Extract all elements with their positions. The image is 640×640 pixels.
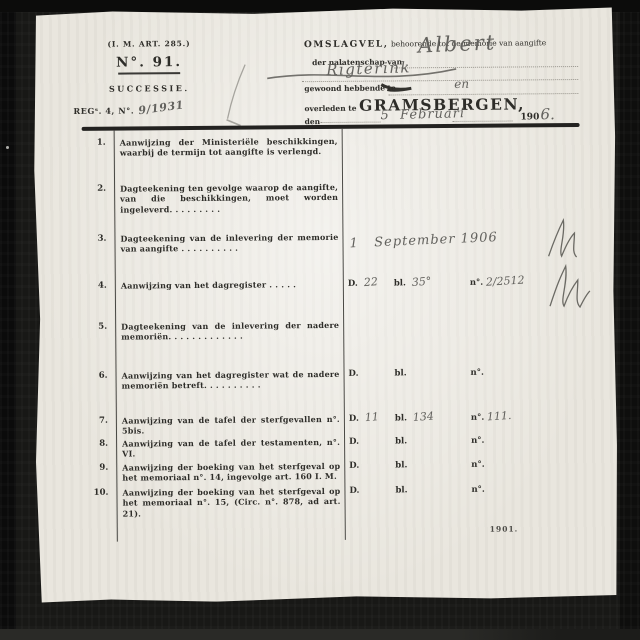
row-number: 8. (84, 439, 108, 449)
row-number: 4. (83, 281, 107, 291)
row-number: 5. (83, 322, 107, 332)
row-number: 2. (82, 184, 106, 194)
number-label: n°. (471, 485, 484, 495)
number-underline (118, 72, 180, 74)
document-paper: (I. M. ART. 285.) N°. 91. SUCCESSIE. REG… (31, 6, 620, 605)
number-label: n°. (471, 460, 484, 470)
folio-label: bl. (395, 436, 407, 446)
deceased-first-name-handwritten: Albert (417, 30, 496, 57)
paraaf-initials-row4 (550, 266, 590, 307)
row-description: Dagteekening van de inlevering der memor… (120, 232, 338, 254)
document-number: N°. 91. (71, 54, 227, 71)
row-description: Aanwijzing van de tafel der sterfgevalle… (122, 414, 340, 436)
table-row: 1. Aanwijzing der Ministeriële beschikki… (32, 134, 616, 139)
died-label: overleden te (304, 104, 359, 113)
folio-label: bl. (395, 485, 407, 495)
paraaf-initials-row3 (548, 220, 576, 257)
table-row: 6. Aanwijzing van het dagregister wat de… (34, 367, 618, 372)
row-description: Aanwijzing der Ministeriële beschikkinge… (120, 136, 338, 158)
table-row: 4. Aanwijzing van het dagregister . . . … (33, 277, 617, 282)
row-description: Aanwijzing der boeking van het sterfgeva… (122, 461, 340, 483)
table-row: 3. Dagteekening van de inlevering der me… (32, 230, 616, 235)
table-row: 7. Aanwijzing van de tafel der sterfgeva… (34, 412, 618, 417)
number-value-handwritten: 111. (487, 409, 512, 423)
date-line-right (452, 113, 512, 122)
number-label: n°. (470, 368, 483, 378)
register-d-label: D. (349, 437, 359, 447)
table-row: 5. Dagteekening van de inlevering der na… (33, 318, 617, 323)
register-number-handwritten: 9/1931 (137, 98, 184, 117)
number-label: n°. (471, 436, 484, 446)
pencil-mark (227, 65, 245, 119)
row-description: Aanwijzing van het dagregister wat de na… (122, 369, 340, 391)
residence-handwritten: en (454, 77, 469, 91)
header-right: OMSLAGVEL, behoorende tot de memorie van… (302, 38, 580, 40)
year-printed: 190 (520, 112, 539, 122)
folio-value-handwritten: 134 (412, 409, 434, 424)
row-number: 9. (84, 463, 108, 473)
scan-background: (I. M. ART. 285.) N°. 91. SUCCESSIE. REG… (0, 0, 640, 640)
category-label: SUCCESSIE. (71, 82, 227, 93)
row-number: 1. (82, 138, 106, 148)
register-label: REGˢ. 4, N°. (73, 105, 134, 115)
register-d-value-handwritten: 22 (363, 275, 378, 289)
register-d-label: D. (349, 369, 359, 379)
scanner-edge-bottom (0, 629, 640, 640)
folio-label: bl. (395, 413, 407, 423)
register-d-label: D. (348, 279, 358, 289)
folio-label: bl. (394, 278, 406, 288)
row-number: 6. (84, 371, 108, 381)
row-description: Aanwijzing der boeking van het sterfgeva… (122, 486, 340, 519)
number-label: n°. (471, 413, 484, 423)
filing-date-handwritten: 1 September 1906 (349, 230, 498, 251)
print-year: 1901. (490, 524, 519, 533)
row-number: 10. (84, 488, 108, 498)
cover-title: OMSLAGVEL, (304, 39, 389, 50)
register-line: REGˢ. 4, N°.9/1931 (71, 102, 227, 116)
header-left: (I. M. ART. 285.) N°. 91. SUCCESSIE. REG… (71, 39, 228, 117)
table-vertical-rule-2 (342, 129, 346, 540)
table-top-rule (82, 123, 580, 130)
row-description: Dagteekening ten gevolge waarop de aangi… (120, 182, 338, 215)
register-d-label: D. (349, 414, 359, 424)
year-handwritten: 6. (540, 105, 554, 123)
number-value-handwritten: 2/2512 (485, 273, 524, 288)
folio-label: bl. (395, 460, 407, 470)
folio-label: bl. (395, 368, 407, 378)
table-row: 10. Aanwijzing der boeking van het sterf… (34, 484, 618, 489)
date-line-left (321, 114, 381, 123)
row-number: 3. (82, 234, 106, 244)
deceased-last-name-handwritten: Rigterink (326, 58, 411, 79)
row-description: Aanwijzing van het dagregister . . . . . (121, 279, 339, 291)
register-d-label: D. (349, 461, 359, 471)
table-row: 2. Dagteekening ten gevolge waarop de aa… (32, 180, 616, 185)
row-number: 7. (84, 416, 108, 426)
name-line-1 (394, 58, 578, 68)
register-d-label: D. (349, 486, 359, 496)
article-reference: (I. M. ART. 285.) (71, 39, 227, 49)
folio-value-handwritten: 35° (411, 275, 431, 289)
row-description: Aanwijzing van de tafel der testamenten,… (122, 437, 340, 459)
table-vertical-rule-1 (114, 131, 118, 542)
number-label: n°. (470, 278, 483, 288)
scan-speck (6, 146, 9, 149)
row-description: Dagteekening van de inlevering der nader… (121, 320, 339, 342)
register-d-value-handwritten: 11 (364, 410, 379, 424)
residence-label: gewoond hebbende te (304, 83, 396, 93)
